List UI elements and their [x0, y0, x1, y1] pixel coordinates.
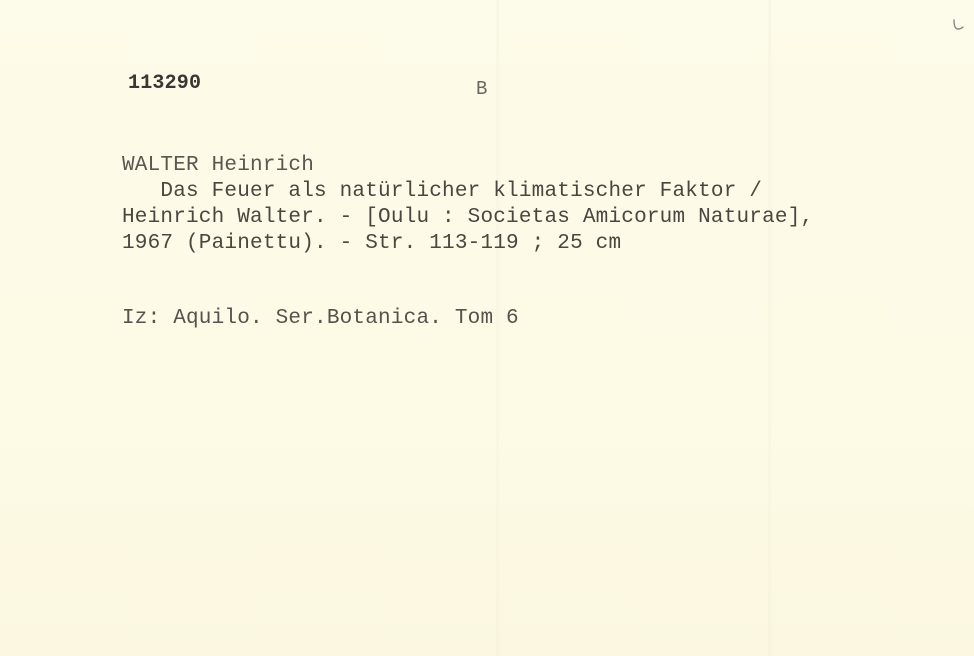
source-note: Iz: Aquilo. Ser.Botanica. Tom 6: [122, 308, 519, 329]
publication-statement: Heinrich Walter. - [Oulu : Societas Amic…: [122, 207, 813, 228]
title-statement: Das Feuer als natürlicher klimatischer F…: [122, 181, 762, 202]
physical-description: 1967 (Painettu). - Str. 113-119 ; 25 cm: [122, 233, 621, 254]
author-heading: WALTER Heinrich: [122, 155, 314, 176]
accession-number: 113290: [128, 74, 201, 94]
shelf-mark: B: [476, 80, 488, 99]
catalog-card: 113290 B WALTER Heinrich Das Feuer als n…: [0, 0, 974, 656]
pencil-mark-icon: [952, 18, 964, 32]
